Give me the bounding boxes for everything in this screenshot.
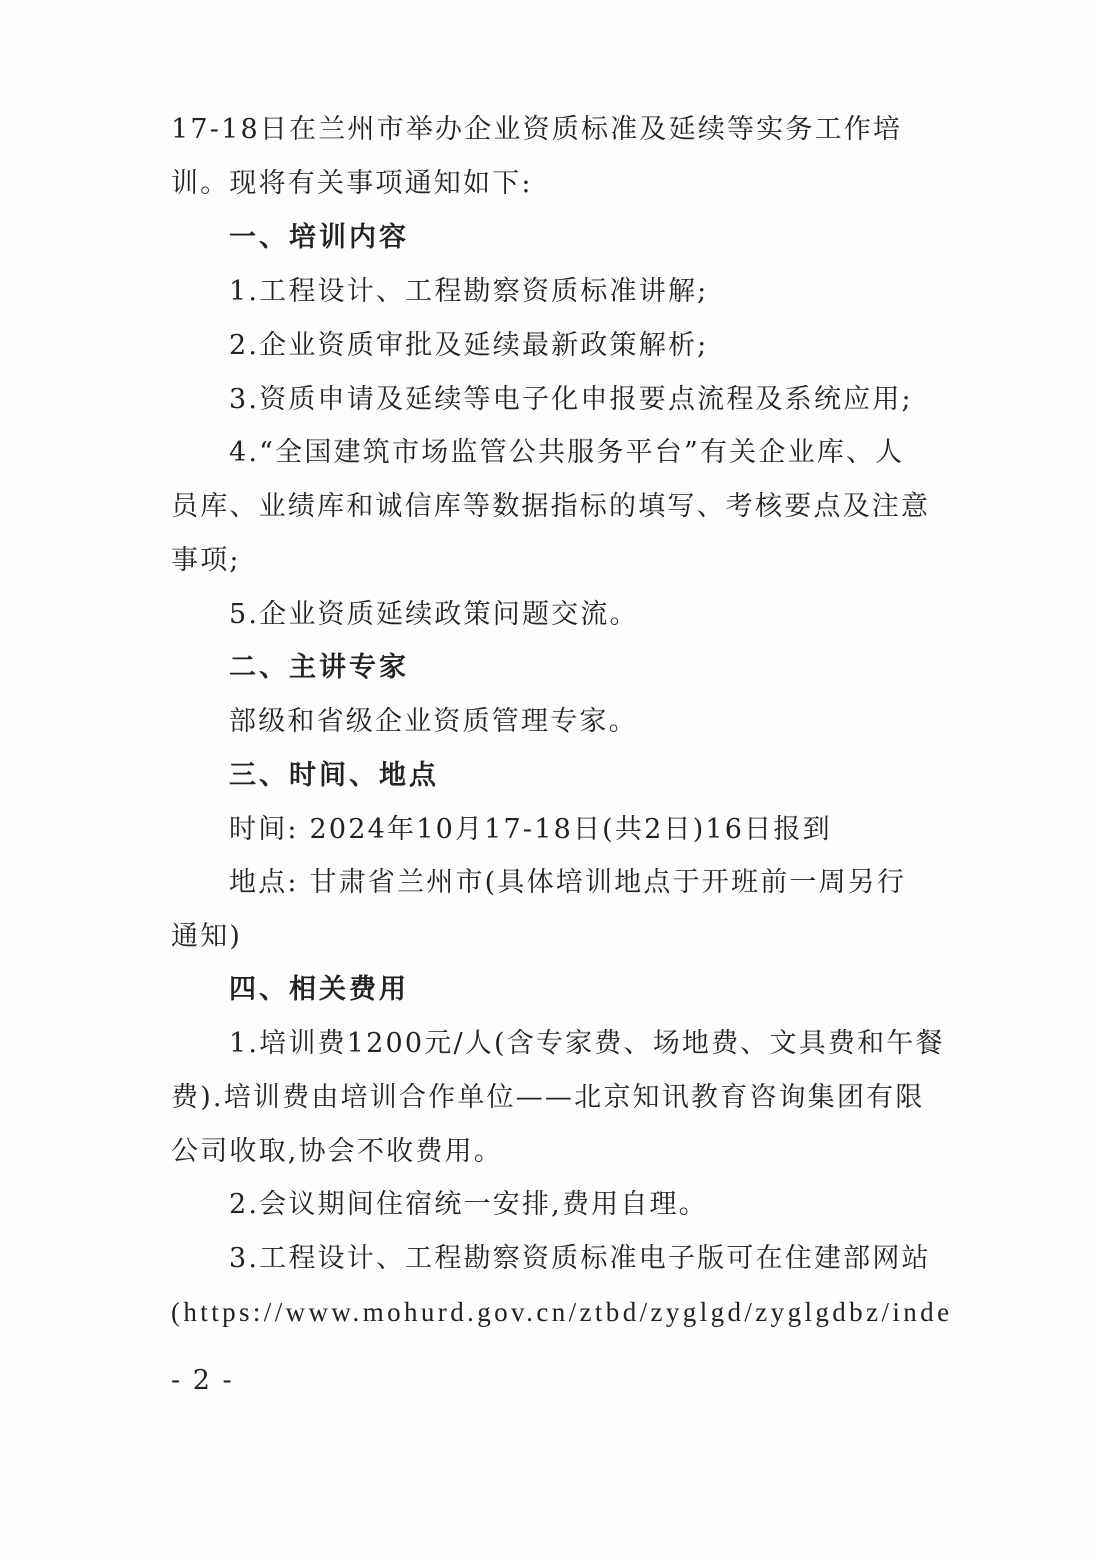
place-line: 地点: 甘肃省兰州市(具体培训地点于开班前一周另行 xyxy=(229,863,906,903)
page-number: - 2 - xyxy=(171,1365,234,1396)
list-item: 3.资质申请及延续等电子化申报要点流程及系统应用; xyxy=(229,380,913,420)
list-item: 4.“全国建筑市场监管公共服务平台”有关企业库、人 xyxy=(229,433,904,473)
paragraph-line: 部级和省级企业资质管理专家。 xyxy=(229,702,638,742)
paragraph-line: 费).培训费由培训合作单位——北京知讯教育咨询集团有限 xyxy=(171,1078,925,1118)
section-heading-training-content: 一、培训内容 xyxy=(229,218,409,258)
section-heading-time-place: 三、时间、地点 xyxy=(229,756,439,796)
section-heading-fees: 四、相关费用 xyxy=(229,970,409,1010)
list-item: 3.工程设计、工程勘察资质标准电子版可在住建部网站 xyxy=(229,1239,931,1279)
paragraph-line: 员库、业绩库和诚信库等数据指标的填写、考核要点及注意 xyxy=(171,487,930,527)
paragraph-line: 训。现将有关事项通知如下: xyxy=(171,164,533,204)
document-page: 17-18日在兰州市举办企业资质标准及延续等实务工作培 训。现将有关事项通知如下… xyxy=(0,0,1102,1559)
section-heading-speakers: 二、主讲专家 xyxy=(229,648,409,688)
list-item: 1.工程设计、工程勘察资质标准讲解; xyxy=(229,272,708,312)
list-item: 1.培训费1200元/人(含专家费、场地费、文具费和午餐 xyxy=(229,1024,945,1064)
paragraph-line: 事项; xyxy=(171,541,241,581)
paragraph-line: 17-18日在兰州市举办企业资质标准及延续等实务工作培 xyxy=(171,110,902,150)
paragraph-line: 通知) xyxy=(171,917,242,957)
list-item: 2.会议期间住宿统一安排,费用自理。 xyxy=(229,1185,708,1225)
paragraph-line: 公司收取,协会不收费用。 xyxy=(171,1132,503,1172)
list-item: 5.企业资质延续政策问题交流。 xyxy=(229,595,639,635)
time-line: 时间: 2024年10月17-18日(共2日)16日报到 xyxy=(229,810,832,850)
url-line: (https://www.mohurd.gov.cn/ztbd/zyglgd/z… xyxy=(171,1292,952,1332)
list-item: 2.企业资质审批及延续最新政策解析; xyxy=(229,326,708,366)
